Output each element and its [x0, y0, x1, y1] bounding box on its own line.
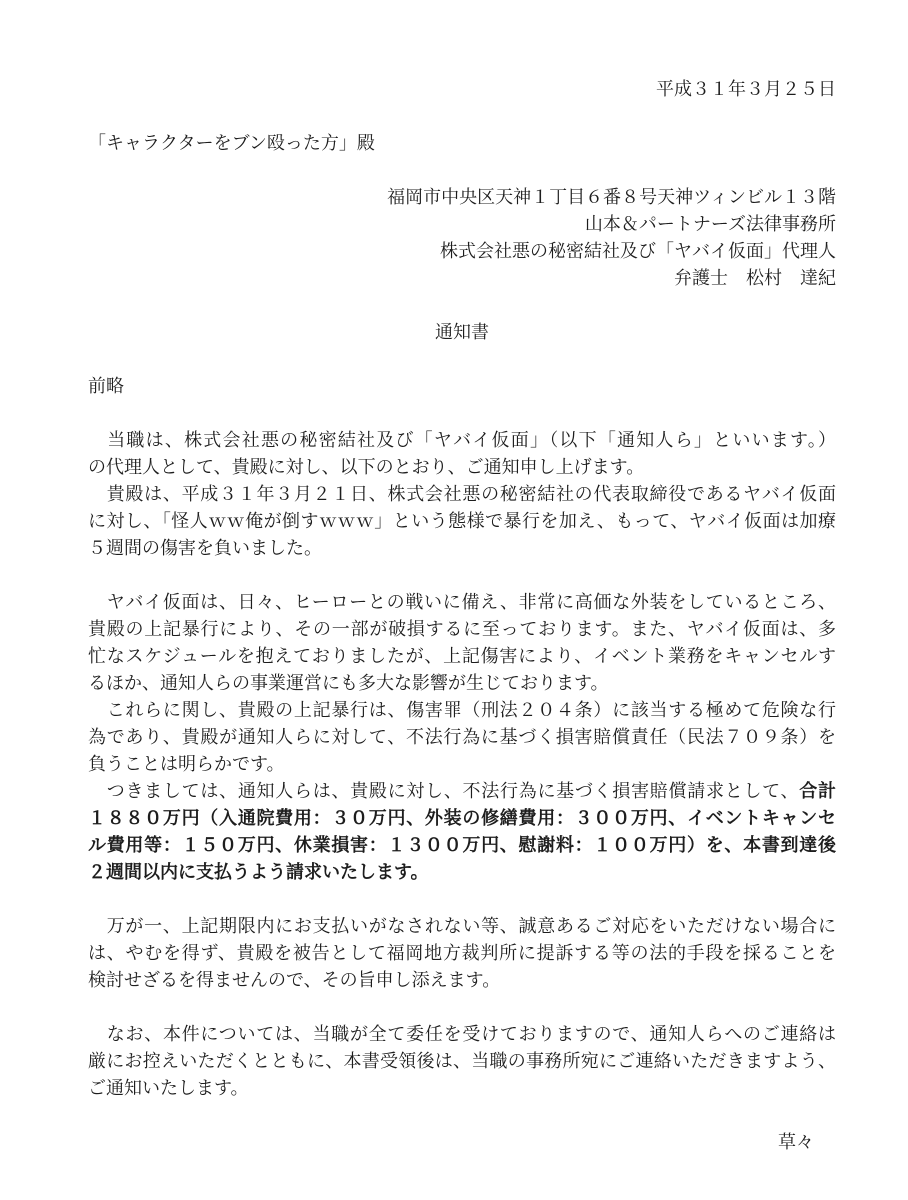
- body-line: １８８０万円（入通院費用：３０万円、外装の修繕費用：３００万円、イベントキャンセ: [88, 805, 836, 832]
- body-line: 忙なスケジュールを抱えておりましたが、上記傷害により、イベント業務をキャンセルす: [88, 643, 836, 670]
- body-line: ご通知いたします。: [88, 1075, 836, 1102]
- body-line: なお、本件については、当職が全て委任を受けておりますので、通知人らへのご連絡は: [88, 1021, 836, 1048]
- letter-page: 平成３１年３月２５日 「キャラクターをブン殴った方」殿 福岡市中央区天神１丁目６…: [0, 0, 908, 1200]
- text-segment: 為であり、貴殿が通知人らに対して、不法行為に基づく損害賠償責任（民法７０９条）を: [88, 727, 836, 747]
- letter-date: 平成３１年３月２５日: [88, 76, 836, 103]
- bold-text-segment: 合計: [799, 781, 836, 801]
- sender-address: 福岡市中央区天神１丁目６番８号天神ツィンビル１３階: [88, 184, 836, 211]
- text-segment: に対し、「怪人ｗｗ俺が倒すｗｗｗ」という態様で暴行を加え、もって、ヤバイ仮面は加…: [88, 511, 836, 531]
- text-segment: つきましては、通知人らは、貴殿に対し、不法行為に基づく損害賠償請求として、: [88, 781, 799, 801]
- body-line: 負うことは明らかです。: [88, 751, 836, 778]
- body-line: の代理人として、貴殿に対し、以下のとおり、ご通知申し上げます。: [88, 454, 836, 481]
- letter-body: 当職は、株式会社悪の秘密結社及び「ヤバイ仮面」（以下「通知人ら」といいます。）の…: [88, 427, 836, 1102]
- body-line: 検討せざるを得ませんので、その旨申し添えます。: [88, 967, 836, 994]
- text-segment: 厳にお控えいただくとともに、本書受領後は、当職の事務所宛にご連絡いただきますよう…: [88, 1051, 836, 1071]
- text-segment: 検討せざるを得ませんので、その旨申し添えます。: [88, 970, 500, 990]
- sender-office: 山本＆パートナーズ法律事務所: [88, 211, 836, 238]
- bold-text-segment: ル費用等：１５０万円、休業損害：１３００万円、慰謝料：１００万円）を、本書到達後: [88, 835, 836, 855]
- body-line: ヤバイ仮面は、日々、ヒーローとの戦いに備え、非常に高価な外装をしているところ、: [88, 589, 836, 616]
- bold-text-segment: １８８０万円（入通院費用：３０万円、外装の修繕費用：３００万円、イベントキャンセ: [88, 808, 836, 828]
- body-line: 為であり、貴殿が通知人らに対して、不法行為に基づく損害賠償責任（民法７０９条）を: [88, 724, 836, 751]
- paragraph: 万が一、上記期限内にお支払いがなされない等、誠意あるご対応をいただけない場合には…: [88, 913, 836, 994]
- sender-attorney-name: 弁護士 松村 達紀: [88, 265, 836, 292]
- text-segment: は、やむを得ず、貴殿を被告として福岡地方裁判所に提訴する等の法的手段を採ることを: [88, 943, 836, 963]
- text-segment: 負うことは明らかです。: [88, 754, 285, 774]
- text-segment: ヤバイ仮面は、日々、ヒーローとの戦いに備え、非常に高価な外装をしているところ、: [88, 592, 836, 612]
- body-line: は、やむを得ず、貴殿を被告として福岡地方裁判所に提訴する等の法的手段を採ることを: [88, 940, 836, 967]
- text-segment: ご通知いたします。: [88, 1078, 249, 1098]
- text-segment: これらに関し、貴殿の上記暴行は、傷害罪（刑法２０４条）に該当する極めて危険な行: [88, 700, 836, 720]
- body-line: に対し、「怪人ｗｗ俺が倒すｗｗｗ」という態様で暴行を加え、もって、ヤバイ仮面は加…: [88, 508, 836, 535]
- body-line: るほか、通知人らの事業運営にも多大な影響が生じております。: [88, 670, 836, 697]
- addressee: 「キャラクターをブン殴った方」殿: [88, 130, 836, 157]
- text-segment: の代理人として、貴殿に対し、以下のとおり、ご通知申し上げます。: [88, 457, 644, 477]
- body-line: これらに関し、貴殿の上記暴行は、傷害罪（刑法２０４条）に該当する極めて危険な行: [88, 697, 836, 724]
- text-segment: 当職は、株式会社悪の秘密結社及び「ヤバイ仮面」（以下「通知人ら」といいます。）: [88, 430, 836, 450]
- body-line: 厳にお控えいただくとともに、本書受領後は、当職の事務所宛にご連絡いただきますよう…: [88, 1048, 836, 1075]
- body-line: ル費用等：１５０万円、休業損害：１３００万円、慰謝料：１００万円）を、本書到達後: [88, 832, 836, 859]
- body-line: つきましては、通知人らは、貴殿に対し、不法行為に基づく損害賠償請求として、合計: [88, 778, 836, 805]
- text-segment: 貴殿の上記暴行により、その一部が破損するに至っております。また、ヤバイ仮面は、多: [88, 619, 836, 639]
- bold-text-segment: ２週間以内に支払うよう請求いたします。: [88, 862, 429, 882]
- text-segment: 貴殿は、平成３１年３月２１日、株式会社悪の秘密結社の代表取締役であるヤバイ仮面: [88, 484, 836, 504]
- text-segment: るほか、通知人らの事業運営にも多大な影響が生じております。: [88, 673, 609, 693]
- sender-block: 福岡市中央区天神１丁目６番８号天神ツィンビル１３階 山本＆パートナーズ法律事務所…: [88, 184, 836, 292]
- body-line: 当職は、株式会社悪の秘密結社及び「ヤバイ仮面」（以下「通知人ら」といいます。）: [88, 427, 836, 454]
- text-segment: 万が一、上記期限内にお支払いがなされない等、誠意あるご対応をいただけない場合に: [88, 916, 836, 936]
- paragraph: 当職は、株式会社悪の秘密結社及び「ヤバイ仮面」（以下「通知人ら」といいます。）の…: [88, 427, 836, 562]
- closing: 草々: [88, 1129, 836, 1156]
- text-segment: 忙なスケジュールを抱えておりましたが、上記傷害により、イベント業務をキャンセルす: [88, 646, 836, 666]
- text-segment: なお、本件については、当職が全て委任を受けておりますので、通知人らへのご連絡は: [88, 1024, 836, 1044]
- body-line: ５週間の傷害を負いました。: [88, 535, 836, 562]
- sender-role: 株式会社悪の秘密結社及び「ヤバイ仮面」代理人: [88, 238, 836, 265]
- body-line: 万が一、上記期限内にお支払いがなされない等、誠意あるご対応をいただけない場合に: [88, 913, 836, 940]
- document-title: 通知書: [88, 319, 836, 346]
- body-line: 貴殿の上記暴行により、その一部が破損するに至っております。また、ヤバイ仮面は、多: [88, 616, 836, 643]
- salutation: 前略: [88, 373, 836, 400]
- text-segment: ５週間の傷害を負いました。: [88, 538, 322, 558]
- body-line: ２週間以内に支払うよう請求いたします。: [88, 859, 836, 886]
- paragraph: ヤバイ仮面は、日々、ヒーローとの戦いに備え、非常に高価な外装をしているところ、貴…: [88, 589, 836, 886]
- body-line: 貴殿は、平成３１年３月２１日、株式会社悪の秘密結社の代表取締役であるヤバイ仮面: [88, 481, 836, 508]
- paragraph: なお、本件については、当職が全て委任を受けておりますので、通知人らへのご連絡は厳…: [88, 1021, 836, 1102]
